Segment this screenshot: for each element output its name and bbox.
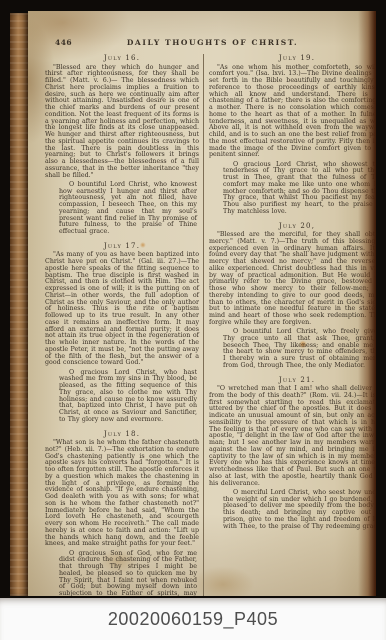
entry-prayer: O gracious Lord Christ, who hast washed … bbox=[59, 370, 199, 424]
entry-heading: July 17. bbox=[45, 242, 199, 250]
column-divider bbox=[203, 54, 204, 596]
entry-prayer: O gracious Lord Christ, who showest the … bbox=[223, 162, 376, 216]
running-title: DAILY THOUGHTS OF CHRIST. bbox=[45, 38, 376, 47]
entry-july-21: July 21. "O wretched man that I am! who … bbox=[209, 376, 376, 531]
entry-heading: July 19. bbox=[209, 54, 376, 62]
entry-commentary: "What son is he whom the father chastene… bbox=[45, 440, 199, 548]
entry-prayer: O gracious Son of God, who for me didst … bbox=[59, 551, 199, 597]
entry-heading: July 18. bbox=[45, 430, 199, 438]
entry-prayer: O bountiful Lord Christ, who freely give… bbox=[223, 329, 376, 370]
entry-july-16: July 16. "Blessed are they which do hung… bbox=[45, 54, 199, 236]
entry-july-20: July 20, "Blessed are the merciful, for … bbox=[209, 222, 376, 370]
page-header: 446 DAILY THOUGHTS OF CHRIST. bbox=[45, 38, 376, 49]
entry-commentary: "As one whom his mother comforteth, so w… bbox=[209, 65, 376, 160]
archive-label-strip: 20020060159_P405 bbox=[0, 598, 386, 640]
column-right: July 19. "As one whom his mother comfort… bbox=[209, 52, 376, 596]
entry-heading: July 21. bbox=[209, 376, 376, 384]
page-gutter-shadow bbox=[358, 11, 376, 596]
page-content: 446 DAILY THOUGHTS OF CHRIST. July 16. "… bbox=[28, 11, 376, 596]
archive-label: 20020060159_P405 bbox=[108, 609, 278, 630]
entry-july-17: July 17. "As many of you as have been ba… bbox=[45, 242, 199, 424]
column-left: July 16. "Blessed are they which do hung… bbox=[45, 52, 199, 596]
book-page: 446 DAILY THOUGHTS OF CHRIST. July 16. "… bbox=[10, 11, 376, 596]
entry-commentary: "Blessed are the merciful, for they shal… bbox=[209, 232, 376, 327]
text-columns: July 16. "Blessed are they which do hung… bbox=[45, 52, 376, 596]
paper: 446 DAILY THOUGHTS OF CHRIST. July 16. "… bbox=[28, 11, 376, 596]
entry-commentary: "As many of you as have been baptized in… bbox=[45, 252, 199, 367]
photo-background: 446 DAILY THOUGHTS OF CHRIST. July 16. "… bbox=[0, 0, 386, 598]
entry-prayer: O merciful Lord Christ, who seest how un… bbox=[223, 490, 376, 531]
entry-july-19: July 19. "As one whom his mother comfort… bbox=[209, 54, 376, 216]
book-fore-edge bbox=[10, 13, 28, 596]
entry-commentary: "Blessed are they which do hunger and th… bbox=[45, 65, 199, 180]
scanned-book-photo: 446 DAILY THOUGHTS OF CHRIST. July 16. "… bbox=[0, 0, 386, 640]
entry-july-18: July 18. "What son is he whom the father… bbox=[45, 430, 199, 597]
entry-prayer: O bountiful Lord Christ, who knowest how… bbox=[59, 182, 199, 236]
entry-heading: July 20, bbox=[209, 222, 376, 230]
entry-commentary: "O wretched man that I am! who shall del… bbox=[209, 386, 376, 487]
entry-heading: July 16. bbox=[45, 54, 199, 62]
